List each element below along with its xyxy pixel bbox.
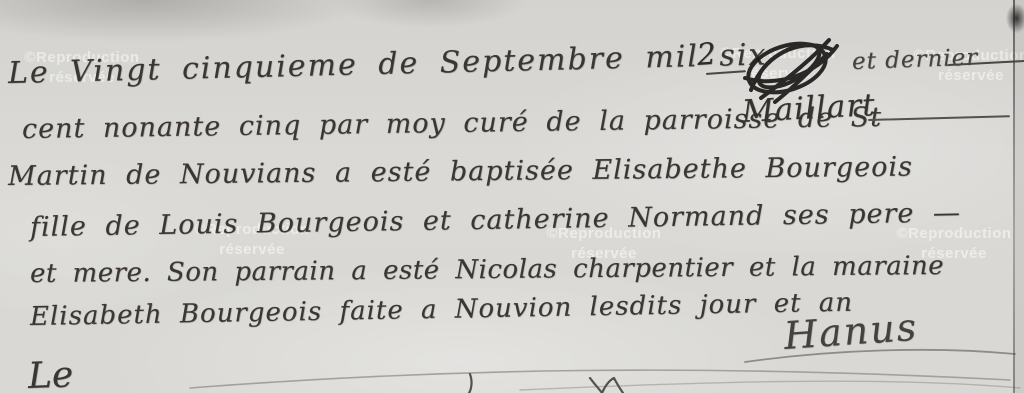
manuscript-line-4: fille de Louis Bourgeois et catherine No… (30, 197, 961, 243)
pen-flourish-strokes (0, 340, 1024, 393)
page-margin-line (1013, 0, 1015, 393)
page-edge-strip (1015, 0, 1024, 393)
manuscript-line-1: Le Vingt cinquieme de Septembre mil six (8, 37, 768, 91)
manuscript-line-6: Elisabeth Bourgeois faite a Nouvion lesd… (30, 288, 854, 332)
manuscript-page: ©Reproduction réservée ©Reproduction rés… (0, 0, 1024, 393)
manuscript-line-3: Martin de Nouvians a esté baptisée Elisa… (8, 152, 913, 192)
margin-surname-maillart: Maillart (741, 87, 876, 130)
page-number: 2 (696, 37, 717, 73)
flourish-line (868, 115, 1010, 121)
margin-note-et-dernier: et dernier (852, 45, 979, 75)
manuscript-line-5: et mere. Son parrain a esté Nicolas char… (30, 251, 944, 289)
watermark-text: réservée (219, 241, 285, 258)
corner-ink-blot (999, 0, 1024, 46)
next-entry-fragment: Le (27, 354, 74, 393)
